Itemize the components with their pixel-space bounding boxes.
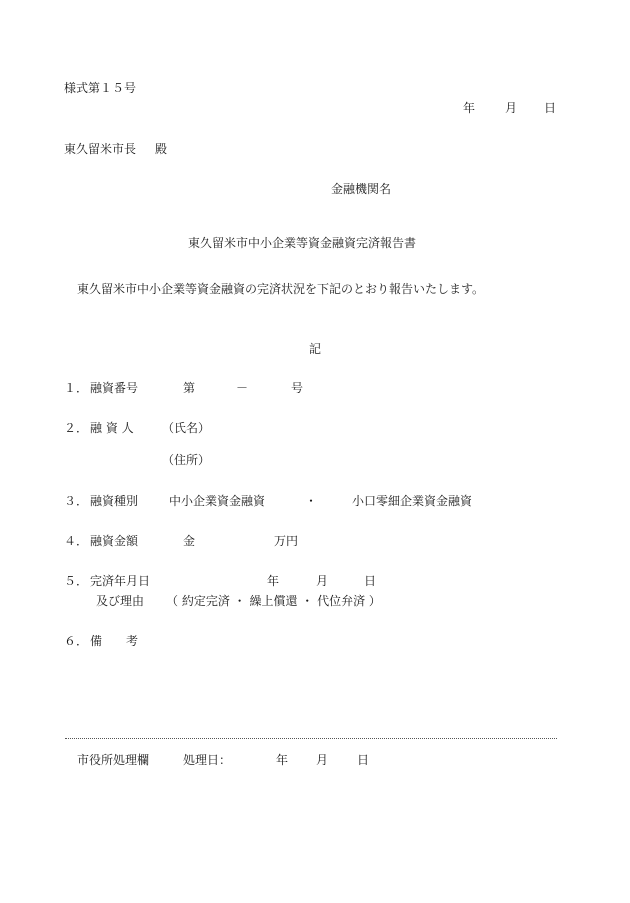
amount-prefix: 金 [183, 534, 195, 548]
ki-heading: 記 [309, 342, 321, 356]
office-use-label: 市役所処理欄 [77, 753, 149, 767]
item-number: ２． [64, 421, 88, 435]
processing-day-label: 日 [357, 753, 369, 767]
intro-text: 東久留米市中小企業等資金融資の完済状況を下記のとおり報告いたします。 [77, 282, 484, 296]
borrower-address-label: （住所） [162, 453, 210, 467]
item-number: ６． [64, 634, 88, 648]
processing-year-label: 年 [276, 753, 288, 767]
amount-unit: 万円 [274, 534, 298, 548]
addressee-honorific: 殿 [155, 142, 167, 156]
item-label: 完済年月日 [90, 574, 150, 588]
loan-type-option-sme: 中小企業資金融資 [169, 494, 265, 508]
item-number: １． [64, 381, 88, 395]
document-title: 東久留米市中小企業等資金融資完済報告書 [188, 236, 416, 250]
borrower-name-label: （氏名） [162, 421, 210, 435]
loan-number-suffix: 号 [291, 381, 303, 395]
reason-label: 及び理由 [96, 594, 144, 608]
addressee-name: 東久留米市長 [64, 142, 136, 156]
repayment-month-label: 月 [316, 574, 328, 588]
loan-number-prefix: 第 [183, 381, 195, 395]
financial-institution-label: 金融機関名 [331, 182, 391, 196]
reason-options: （ 約定完済 ・ 繰上償還 ・ 代位弁済 ） [166, 594, 381, 608]
date-day-label: 日 [544, 101, 556, 115]
item-label: 備 考 [90, 634, 138, 648]
processing-month-label: 月 [316, 753, 328, 767]
loan-number-dash: － [236, 381, 248, 395]
date-year-label: 年 [463, 101, 475, 115]
item-label: 融 資 人 [90, 421, 134, 435]
processing-date-label: 処理日： [183, 753, 231, 767]
form-number: 様式第１５号 [64, 81, 136, 95]
loan-type-option-micro: 小口零細企業資金融資 [352, 494, 472, 508]
item-number: ５． [64, 574, 88, 588]
item-label: 融資番号 [90, 381, 138, 395]
date-month-label: 月 [505, 101, 517, 115]
repayment-day-label: 日 [364, 574, 376, 588]
item-label: 融資種別 [90, 494, 138, 508]
loan-type-separator: ・ [305, 494, 317, 508]
item-number: ３． [64, 494, 88, 508]
item-number: ４． [64, 534, 88, 548]
repayment-year-label: 年 [267, 574, 279, 588]
cut-line-divider [65, 738, 557, 739]
item-label: 融資金額 [90, 534, 138, 548]
